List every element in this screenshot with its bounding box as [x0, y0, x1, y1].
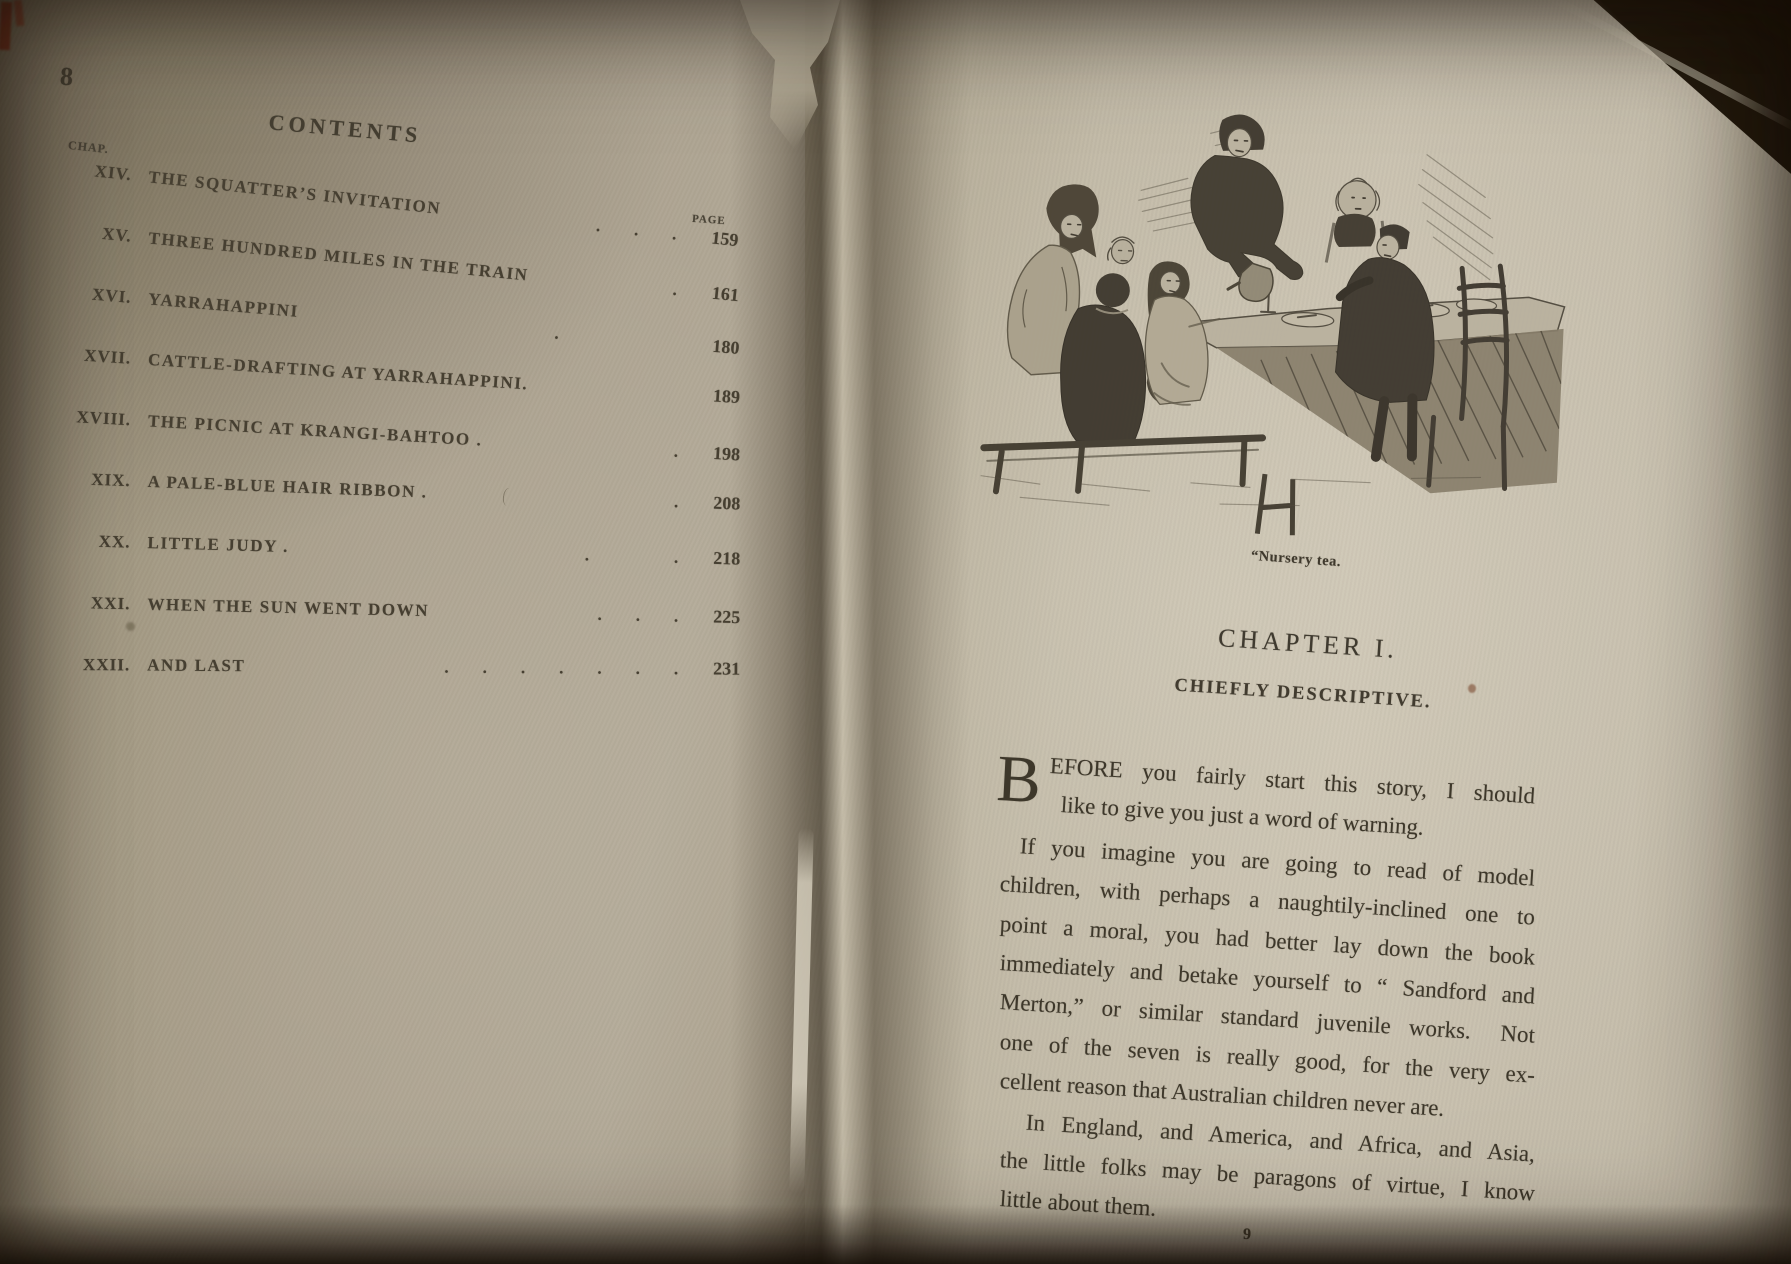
- toc-page-number: 218: [692, 547, 741, 569]
- toc-page-number: 208: [692, 492, 741, 515]
- paper-stain: [1468, 684, 1476, 693]
- toc-leader-dots: . . .: [440, 199, 692, 246]
- left-page-number: 8: [59, 62, 74, 93]
- right-page-number: 9: [1243, 1226, 1252, 1244]
- toc-chapter-numeral: XVI.: [73, 283, 132, 308]
- toc-page-number: 159: [689, 225, 739, 251]
- toc-title: THE SQUATTER’S INVITATION: [148, 167, 443, 219]
- toc-page-number: 161: [690, 281, 740, 307]
- nursery-tea-illustration: [958, 65, 1578, 561]
- chapter-body: EFORE you fairly start this story, I sho…: [1000, 746, 1536, 1219]
- toc-chapter-numeral: XV.: [73, 221, 133, 247]
- toc-chapter-numeral: XX.: [72, 531, 131, 553]
- toc-chapter-numeral: XIV.: [73, 159, 133, 185]
- toc-chapter-numeral: XVII.: [73, 345, 132, 369]
- toc-leader-dots: [528, 389, 692, 400]
- toc-chapter-numeral: XXI.: [72, 593, 130, 614]
- book-photo: 8 CONTENTS CHAP. PAGE XIV. THE SQUATTER’…: [0, 0, 1791, 1264]
- toc-page-number: 231: [692, 658, 740, 679]
- toc-chapter-numeral: XVIII.: [73, 407, 132, 430]
- toc-leader-dots: . . . . . . .: [245, 656, 692, 679]
- toc-title: AND LAST: [147, 656, 245, 677]
- toc-entry: XXII. AND LAST . . . . . . . 231: [72, 654, 740, 721]
- toc-leader-dots: . . .: [429, 601, 693, 627]
- toc-page-number: 225: [692, 606, 740, 628]
- toc-title: WHEN THE SUN WENT DOWN: [147, 595, 429, 621]
- toc-page-number: 189: [691, 384, 740, 408]
- toc-page-number: 198: [692, 442, 741, 466]
- toc-chapter-numeral: XIX.: [72, 469, 131, 491]
- table-of-contents: XIV. THE SQUATTER’S INVITATION . . . 159…: [72, 158, 740, 716]
- toc-title: LITTLE JUDY .: [147, 533, 289, 557]
- toc-chapter-numeral: XXII.: [72, 655, 130, 675]
- toc-page-number: 180: [691, 334, 741, 359]
